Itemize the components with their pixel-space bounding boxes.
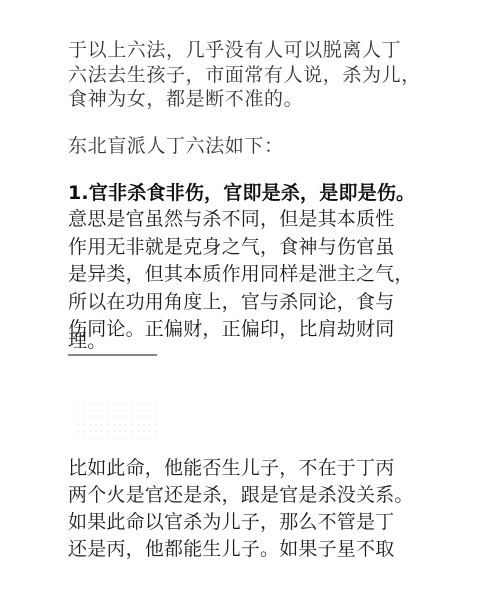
- text-line: 伤同论。正偏财，正偏印，比肩劫财同: [68, 318, 394, 340]
- text-line: 意思是官虽然与杀不同，但是其本质性: [68, 208, 394, 230]
- text-line: 所以在功用角度上，官与杀同论，食与: [68, 291, 394, 313]
- text-line: 如果此命以官杀为儿子，那么不管是丁: [68, 511, 394, 533]
- text-line: 六法去生孩子，市面常有人说，杀为儿，: [68, 64, 421, 86]
- text-line: 还是丙，他都能生儿子。如果子星不取: [68, 538, 394, 560]
- text-line: 作用无非就是克身之气，食神与伤官虽: [68, 236, 394, 258]
- text-line: 是异类，但其本质作用同样是泄主之气，: [68, 263, 414, 285]
- footnote-divider: [68, 354, 157, 356]
- text-line: 两个火是官还是杀，跟是官是杀没关系。: [68, 484, 414, 506]
- scan-artifact: [75, 400, 157, 445]
- text-line: 比如此命，他能否生儿子，不在于丁丙: [68, 457, 394, 479]
- text-line: 食神为女，都是断不准的。: [68, 88, 303, 110]
- text-line: 理。: [68, 330, 106, 352]
- section-intro: 东北盲派人丁六法如下：: [68, 135, 284, 157]
- text-line: 于以上六法，几乎没有人可以脱离人丁: [68, 39, 401, 61]
- rule-heading: 1.官非杀食非伤，官即是杀，是即是伤。: [68, 182, 415, 204]
